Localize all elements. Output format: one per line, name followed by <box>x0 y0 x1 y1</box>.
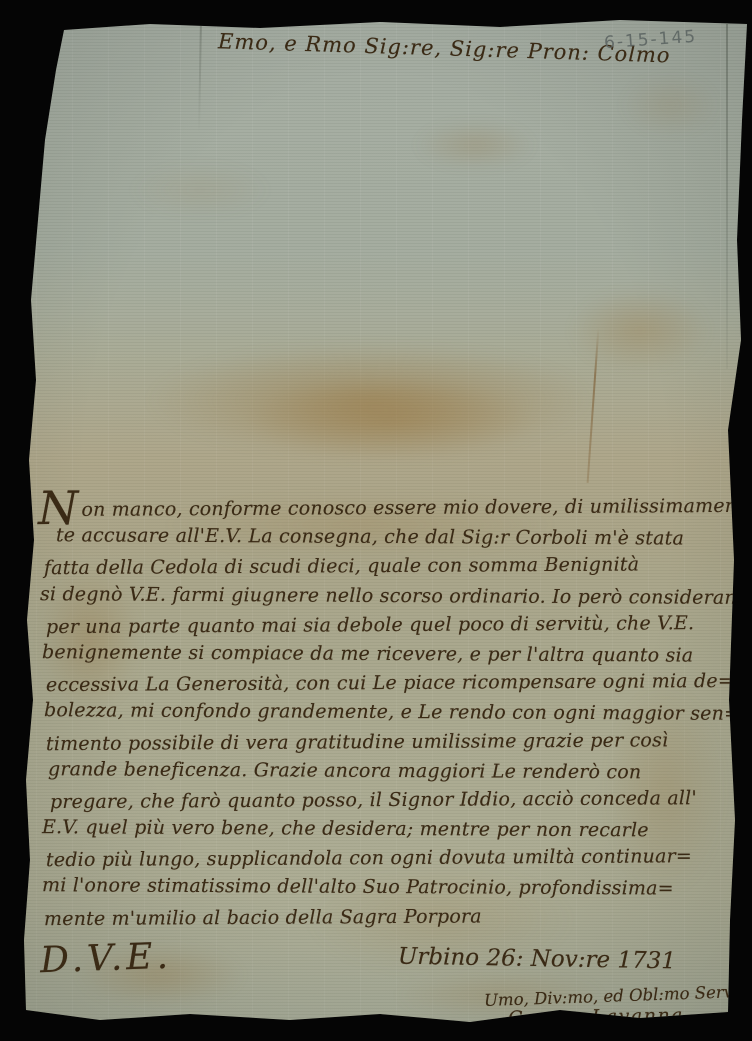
body-line: si degnò V.E. farmi giugnere nello scors… <box>40 580 738 613</box>
dateline: Urbino 26: Nov:re 1731 <box>398 944 676 975</box>
body-line-text: on manco, conforme conosco essere mio do… <box>81 495 752 521</box>
body-line: grande beneficenza. Grazie ancora maggio… <box>48 755 738 788</box>
body-line: fatta della Cedola di scudi dieci, quale… <box>44 550 738 583</box>
closing-initials: D.V.E. <box>39 936 172 982</box>
body-line: per una parte quanto mai sia debole quel… <box>46 609 738 642</box>
body-line: timento possibile di vera gratitudine um… <box>46 725 738 758</box>
signature: Cesare Lavanna <box>508 1004 684 1029</box>
body-line: eccessiva La Generosità, con cui Le piac… <box>46 667 738 700</box>
body-line: benignemente si compiace da me ricevere,… <box>42 638 738 671</box>
body-line: tedio più lungo, supplicandola con ogni … <box>46 842 738 875</box>
paper-sheet: Emo, e Rmo Sig:re, Sig:re Pron: Colmo 6-… <box>0 0 752 1041</box>
letter-body: Non manco, conforme conosco essere mio d… <box>38 494 738 932</box>
body-line: te accusare all'E.V. La consegna, che da… <box>56 521 738 554</box>
body-line: bolezza, mi confondo grandemente, e Le r… <box>44 696 738 729</box>
manuscript-photo: Emo, e Rmo Sig:re, Sig:re Pron: Colmo 6-… <box>0 0 752 1041</box>
body-line: mente m'umilio al bacio della Sagra Porp… <box>44 901 738 934</box>
body-line: mi l'onore stimatissimo dell'alto Suo Pa… <box>42 872 738 905</box>
body-line: Non manco, conforme conosco essere mio d… <box>38 492 738 525</box>
body-line: E.V. quel più vero bene, che desidera; m… <box>42 813 738 846</box>
body-line: pregare, che farò quanto posso, il Signo… <box>50 784 738 817</box>
